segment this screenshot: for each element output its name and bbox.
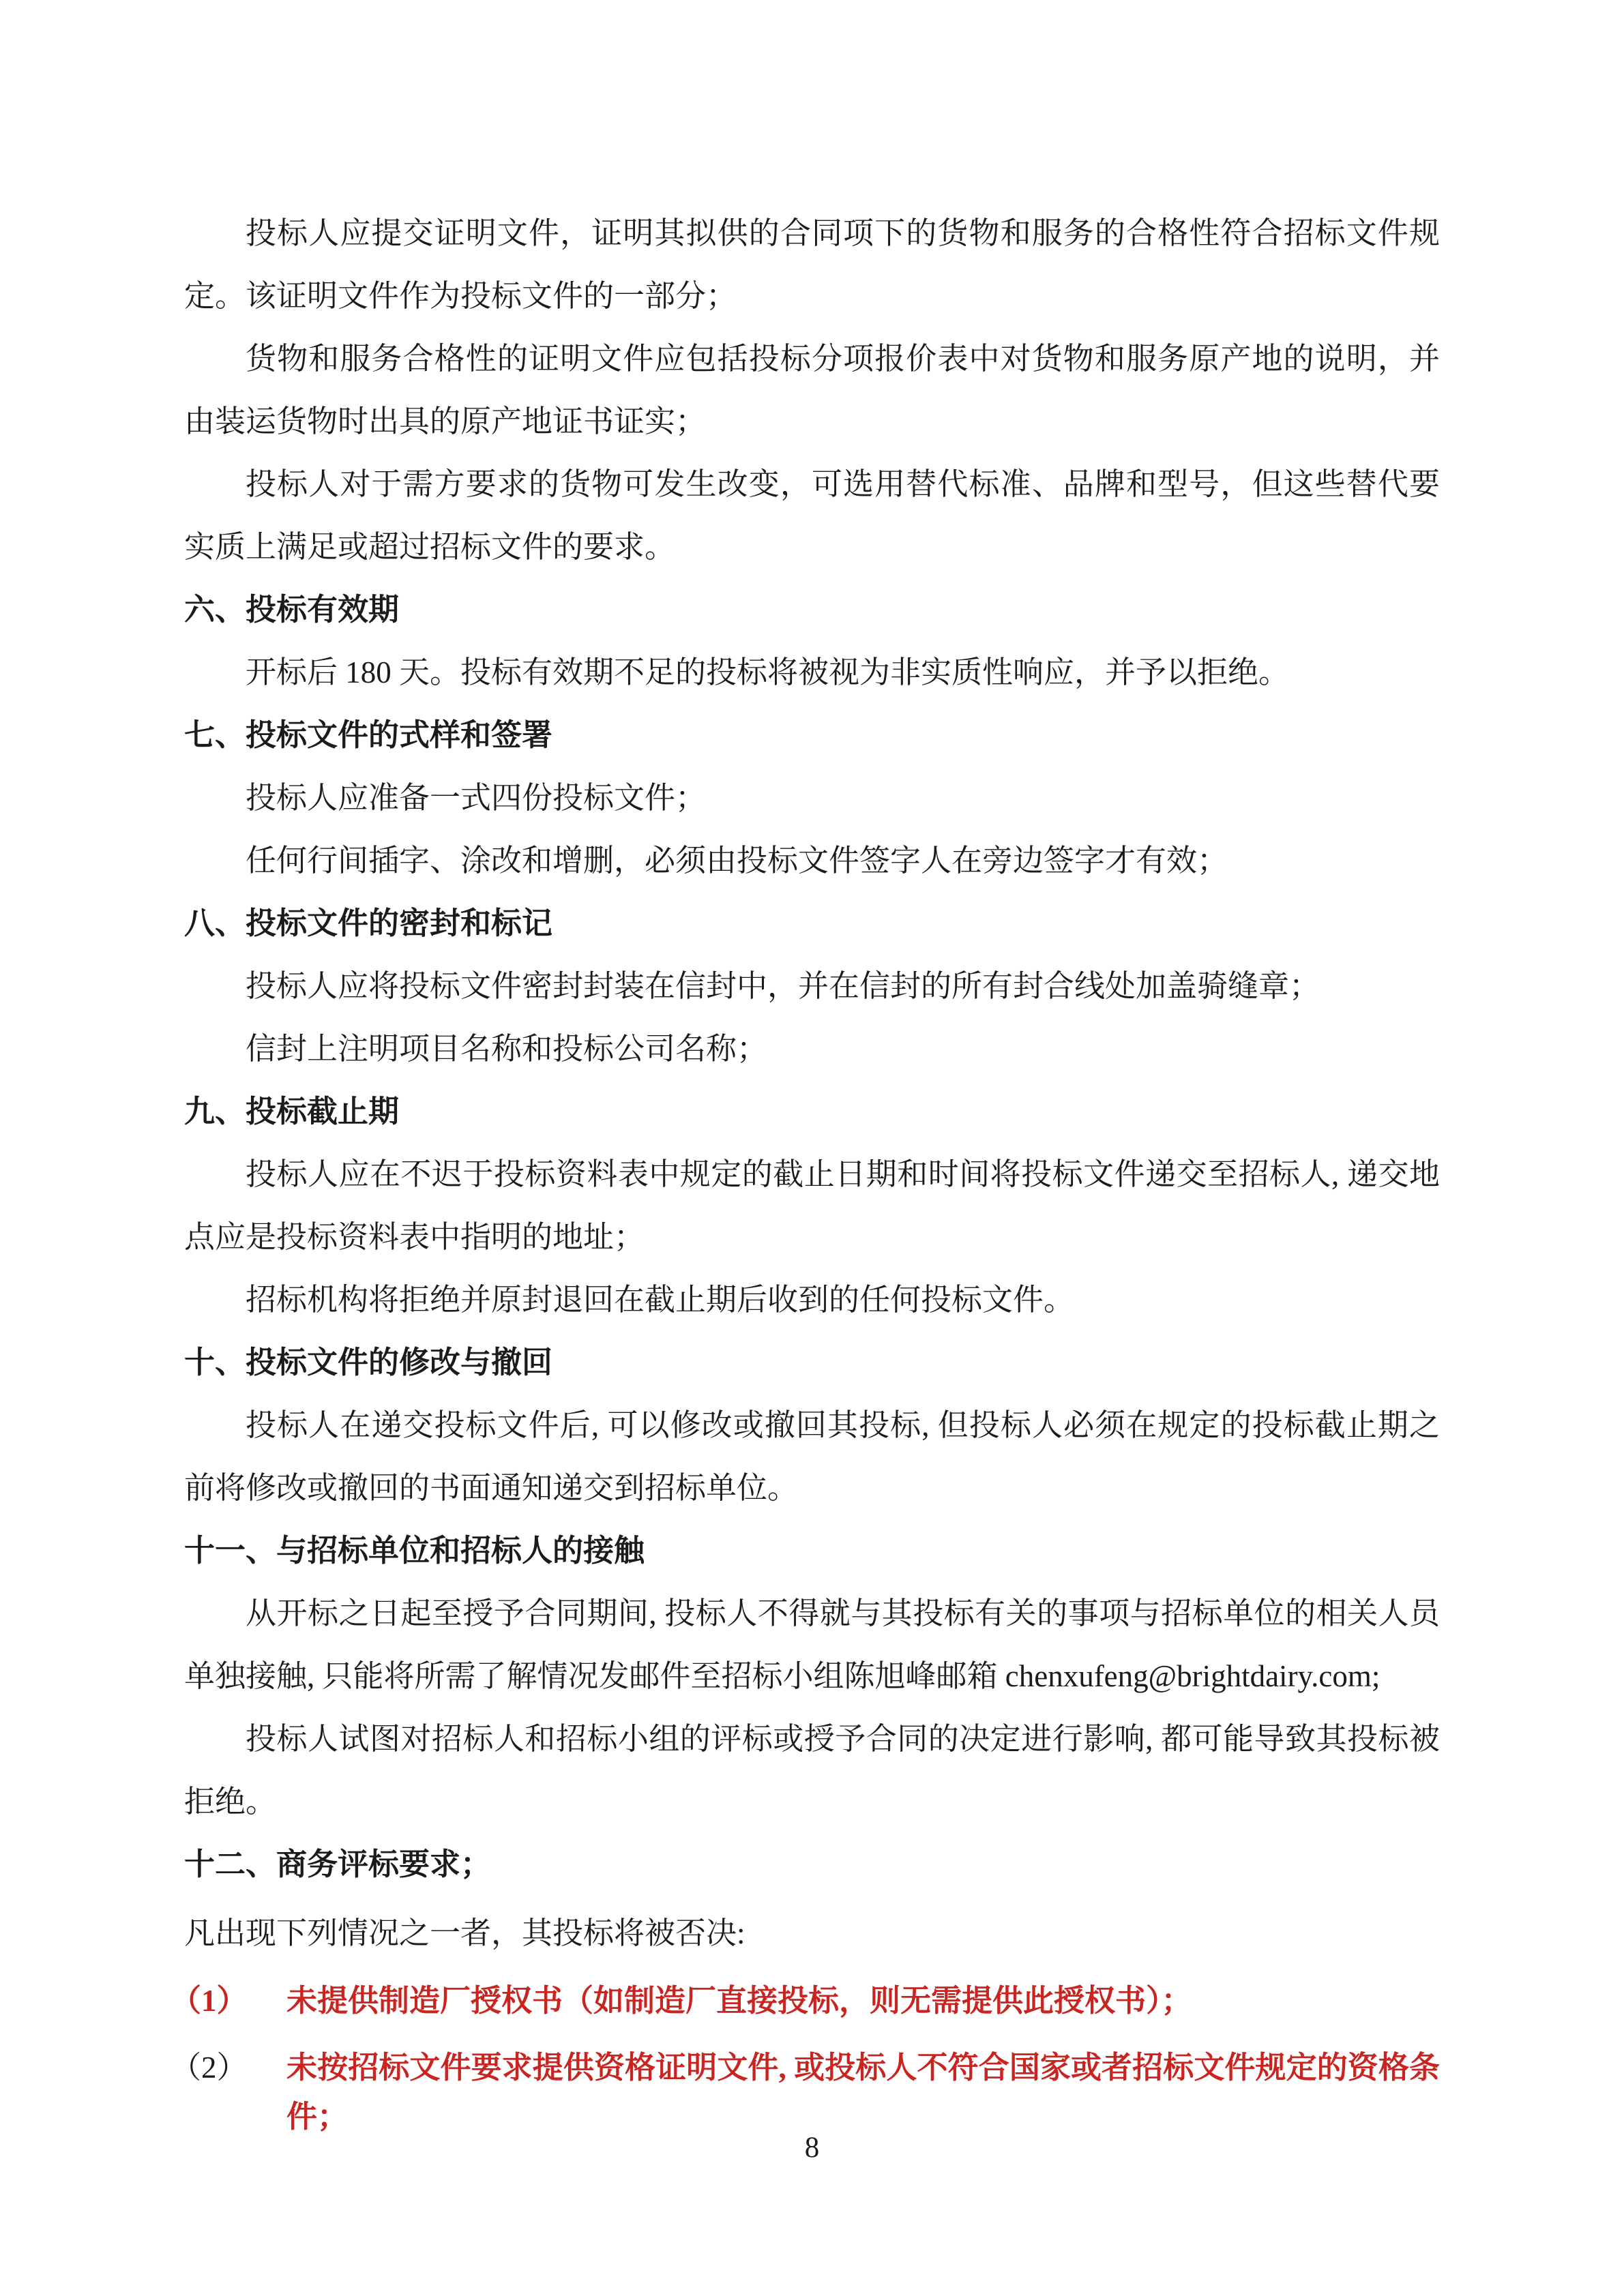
- document-page: { "page": { "number": "8", "colors": { "…: [0, 0, 1624, 2296]
- body-paragraph: 投标人试图对招标人和招标小组的评标或授予合同的决定进行影响, 都可能导致其投标被…: [184, 1708, 1440, 1833]
- list-item-number: （2）: [171, 2043, 248, 2092]
- body-paragraph: 投标人应提交证明文件，证明其拟供的合同项下的货物和服务的合格性符合招标文件规定。…: [184, 202, 1440, 327]
- body-paragraph: 投标人应将投标文件密封封装在信封中，并在信封的所有封合线处加盖骑缝章；: [184, 955, 1440, 1017]
- numbered-list-item: （2）未按招标文件要求提供资格证明文件, 或投标人不符合国家或者招标文件规定的资…: [184, 2043, 1440, 2141]
- page: 投标人应提交证明文件，证明其拟供的合同项下的货物和服务的合格性符合招标文件规定。…: [0, 0, 1624, 2296]
- section-heading: 十二、商务评标要求；: [184, 1833, 1440, 1896]
- closing-paragraph: 凡出现下列情况之一者，其投标将被否决:: [184, 1908, 1440, 1958]
- body-paragraph: 投标人对于需方要求的货物可发生改变，可选用替代标准、品牌和型号，但这些替代要实质…: [184, 453, 1440, 578]
- section-heading: 十一、与招标单位和招标人的接触: [184, 1519, 1440, 1582]
- body-paragraph: 投标人应在不迟于投标资料表中规定的截止日期和时间将投标文件递交至招标人, 递交地…: [184, 1143, 1440, 1268]
- section-heading: 七、投标文件的式样和签署: [184, 704, 1440, 766]
- page-number: 8: [0, 2128, 1624, 2168]
- body-paragraph: 货物和服务合格性的证明文件应包括投标分项报价表中对货物和服务原产地的说明，并由装…: [184, 327, 1440, 453]
- body-paragraph: 开标后 180 天。投标有效期不足的投标将被视为非实质性响应，并予以拒绝。: [184, 641, 1440, 704]
- section-heading: 八、投标文件的密封和标记: [184, 892, 1440, 955]
- body-paragraph: 投标人在递交投标文件后, 可以修改或撤回其投标, 但投标人必须在规定的投标截止期…: [184, 1394, 1440, 1519]
- body-paragraph: 任何行间插字、涂改和增删，必须由投标文件签字人在旁边签字才有效；: [184, 829, 1440, 892]
- page-content: 投标人应提交证明文件，证明其拟供的合同项下的货物和服务的合格性符合招标文件规定。…: [184, 202, 1440, 2141]
- body-paragraph: 投标人应准备一式四份投标文件；: [184, 766, 1440, 829]
- body-paragraph: 从开标之日起至授予合同期间, 投标人不得就与其投标有关的事项与招标单位的相关人员…: [184, 1582, 1440, 1708]
- list-item-number: （1）: [171, 1976, 248, 2025]
- list-item-text: 未按招标文件要求提供资格证明文件, 或投标人不符合国家或者招标文件规定的资格条件…: [286, 2051, 1440, 2134]
- numbered-list-item: （1）未提供制造厂授权书（如制造厂直接投标，则无需提供此授权书）；: [184, 1976, 1440, 2025]
- section-heading: 九、投标截止期: [184, 1080, 1440, 1143]
- list-item-text: 未提供制造厂授权书（如制造厂直接投标，则无需提供此授权书）；: [286, 1984, 1192, 2018]
- section-heading: 六、投标有效期: [184, 578, 1440, 641]
- body-paragraph: 信封上注明项目名称和投标公司名称；: [184, 1017, 1440, 1080]
- section-heading: 十、投标文件的修改与撤回: [184, 1331, 1440, 1394]
- body-paragraph: 招标机构将拒绝并原封退回在截止期后收到的任何投标文件。: [184, 1268, 1440, 1331]
